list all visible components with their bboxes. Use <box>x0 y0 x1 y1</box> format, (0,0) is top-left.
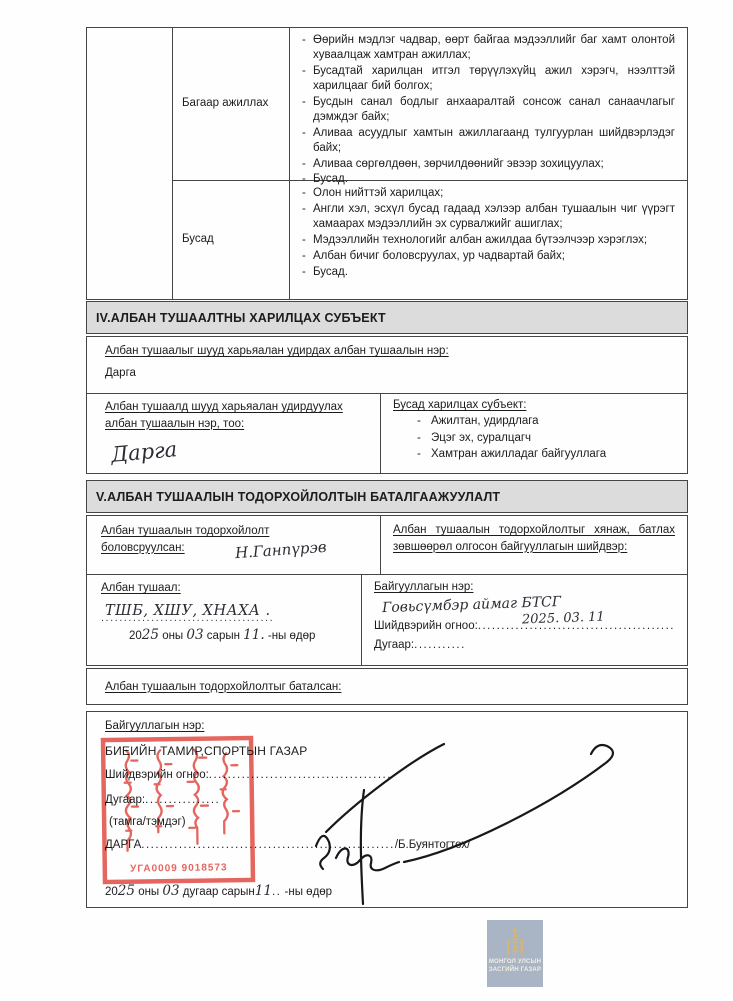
decision-date-line: Шийдвэрийн огноо:.......................… <box>374 620 675 632</box>
approval-block: Байгууллагын нэр: БИЕИЙН ТАМИР,СПОРТЫН Г… <box>86 711 688 908</box>
direct-manager-value: Дарга <box>105 367 677 379</box>
fill-in-dots: ................ <box>145 794 220 806</box>
date-suffix: -ны өдөр <box>285 886 333 898</box>
table-row: Бусад Олон нийттэй харилцах; Англи хэл, … <box>173 181 687 299</box>
subordinate-label: Албан тушаалд шууд харьяалан удирдуулах … <box>105 399 350 432</box>
position-cell: Албан тушаал: ТШБ, ХШУ, ХНАХА . ........… <box>87 575 362 665</box>
director-label: ДАРГА <box>105 839 141 851</box>
date-suffix: -ны өдөр <box>268 630 316 642</box>
approved-by-label: Албан тушаалын тодорхойлолтыг баталсан: <box>105 681 341 693</box>
director-signature-handwriting <box>272 728 642 908</box>
fill-in-dots: ...................................... <box>101 612 351 624</box>
decision-number-label: Дугаар: <box>105 794 145 806</box>
competency-category-empty-cell <box>87 28 173 299</box>
date-word: оны <box>138 886 159 898</box>
list-item: Олон нийттэй харилцах; <box>300 186 675 201</box>
fill-in-dots: ....................................... <box>209 769 392 781</box>
list-item: Англи хэл, эсхүл бусад гадаад хэлээр алб… <box>300 202 675 232</box>
organization-name-label: Байгууллагын нэр: <box>374 581 675 593</box>
decision-number-line: Дугаар:........... <box>374 639 675 651</box>
decision-number-line: Дугаар:................ <box>105 794 220 806</box>
direct-manager-cell: Албан тушаалыг шууд харьяалан удирдах ал… <box>87 337 687 394</box>
date-year-handwritten: 25 <box>118 883 135 899</box>
table-row: Багаар ажиллах Өөрийн мэдлэг чадвар, өөр… <box>173 28 687 181</box>
list-item: Өөрийн мэдлэг чадвар, өөрт байгаа мэдээл… <box>300 33 675 63</box>
director-signature-line: ДАРГА...................................… <box>105 839 470 851</box>
position-date-line: 2025 оны 03 сарын 11. -ны өдөр <box>129 627 351 643</box>
approval-decision-cell: Албан тушаалын тодорхойлолтыг хянаж, бат… <box>381 516 687 574</box>
date-year-handwritten: 25 <box>142 627 159 643</box>
list-item: Мэдээллийн технологийг албан ажилдаа бүт… <box>300 233 675 248</box>
other-subjects-list: Ажилтан, удирдлага Эцэг эх, суралцагч Ха… <box>393 411 675 463</box>
list-item: Ажилтан, удирдлага <box>417 413 675 430</box>
organization-name-value: БИЕИЙН ТАМИР,СПОРТЫН ГАЗАР <box>105 744 307 758</box>
list-item: Бусадтай харилцан итгэл төрүүлэхүйц ажил… <box>300 64 675 94</box>
decision-date-line: Шийдвэрийн огноо:.......................… <box>105 769 392 781</box>
date-prefix: 20 <box>105 886 118 898</box>
logo-caption: МОНГОЛ УЛСЫН ЗАСГИЙН ГАЗАР <box>489 959 541 974</box>
stamp-serial-number: УГА0009 9018573 <box>130 862 228 874</box>
list-item: Аливаа сөргөлдөөн, зөрчилдөөнийг эвээр з… <box>300 157 675 172</box>
date-month-handwritten: 03 <box>162 883 179 899</box>
decision-date-label: Шийдвэрийн огноо: <box>105 769 209 781</box>
decision-date-handwritten: 2025. 03. 11 <box>522 610 605 628</box>
developed-by-cell: Албан тушаалын тодорхойлолт боловсруулса… <box>87 516 381 574</box>
subordinate-cell: Албан тушаалд шууд харьяалан удирдуулах … <box>87 394 381 473</box>
date-word: оны <box>162 630 183 642</box>
list-item: Албан бичиг боловсруулах, ур чадвартай б… <box>300 249 675 264</box>
date-day-handwritten: 11. <box>243 627 264 643</box>
job-description-document-page: Багаар ажиллах Өөрийн мэдлэг чадвар, өөр… <box>0 0 733 1001</box>
date-month-handwritten: 03 <box>186 627 203 643</box>
direct-manager-label: Албан тушаалыг шууд харьяалан удирдах ал… <box>105 345 677 357</box>
organization-cell: Байгууллагын нэр: Говьсүмбэр аймаг БТСГ … <box>362 575 687 665</box>
soyombo-icon <box>505 927 525 955</box>
competency-item-list: Өөрийн мэдлэг чадвар, өөрт байгаа мэдээл… <box>290 28 687 180</box>
section-v-box: Албан тушаалын тодорхойлолт боловсруулса… <box>86 515 688 666</box>
section-v-header: V.АЛБАН ТУШААЛЫН ТОДОРХОЙЛОЛТЫН БАТАЛГАА… <box>86 480 688 513</box>
logo-caption-line1: МОНГОЛ УЛСЫН <box>489 959 541 967</box>
stamp-border <box>103 738 253 882</box>
logo-caption-line2: ЗАСГИЙН ГАЗАР <box>489 967 541 975</box>
section-iv-box: Албан тушаалыг шууд харьяалан удирдах ал… <box>86 336 688 474</box>
list-item: Эцэг эх, суралцагч <box>417 430 675 447</box>
decision-date-label: Шийдвэрийн огноо: <box>374 620 478 632</box>
subordinate-handwritten-value: Дарга <box>110 438 178 468</box>
fill-in-dots: ........... <box>414 639 466 651</box>
list-item: Хамтран ажилладаг байгууллага <box>417 446 675 463</box>
fill-in-dots: ........................................… <box>141 839 395 851</box>
competency-row-category: Багаар ажиллах <box>173 28 290 180</box>
director-name: /Б.Буянтогтох/ <box>395 839 471 851</box>
decision-number-label: Дугаар: <box>374 639 414 651</box>
competency-row-category: Бусад <box>173 181 290 299</box>
section-title: IV.АЛБАН ТУШААЛТНЫ ХАРИЛЦАХ СУБЪЕКТ <box>96 311 386 325</box>
competency-item-list: Олон нийттэй харилцах; Англи хэл, эсхүл … <box>290 181 687 299</box>
stamp-note: (тамга/тэмдэг) <box>109 816 186 828</box>
other-subjects-cell: Бусад харилцах субъект: Ажилтан, удирдла… <box>381 394 687 473</box>
section-iv-header: IV.АЛБАН ТУШААЛТНЫ ХАРИЛЦАХ СУБЪЕКТ <box>86 301 688 334</box>
approval-decision-label: Албан тушаалын тодорхойлолтыг хянаж, бат… <box>393 522 675 555</box>
list-item: Аливаа асуудлыг хамтын ажиллагаанд тулгу… <box>300 126 675 156</box>
competency-table: Багаар ажиллах Өөрийн мэдлэг чадвар, өөр… <box>86 27 688 300</box>
fill-in-dots: .. <box>272 886 281 898</box>
date-day-handwritten: 11 <box>255 883 272 899</box>
government-logo-badge: МОНГОЛ УЛСЫН ЗАСГИЙН ГАЗАР <box>487 920 543 987</box>
list-item: Бусдын санал бодлыг анхааралтай сонсож с… <box>300 95 675 125</box>
approved-by-row: Албан тушаалын тодорхойлолтыг баталсан: <box>86 668 688 705</box>
date-prefix: 20 <box>129 630 142 642</box>
other-subjects-label: Бусад харилцах субъект: <box>393 399 675 411</box>
list-item: Бусад. <box>300 265 675 280</box>
position-label: Албан тушаал: <box>101 582 351 594</box>
approval-date-line: 2025 оны 03 дугаар сарын11.. -ны өдөр <box>105 883 332 899</box>
organization-name-label: Байгууллагын нэр: <box>105 720 204 732</box>
date-word: дугаар сарын <box>183 886 255 898</box>
date-word: сарын <box>207 630 240 642</box>
section-title: V.АЛБАН ТУШААЛЫН ТОДОРХОЙЛОЛТЫН БАТАЛГАА… <box>96 490 500 504</box>
